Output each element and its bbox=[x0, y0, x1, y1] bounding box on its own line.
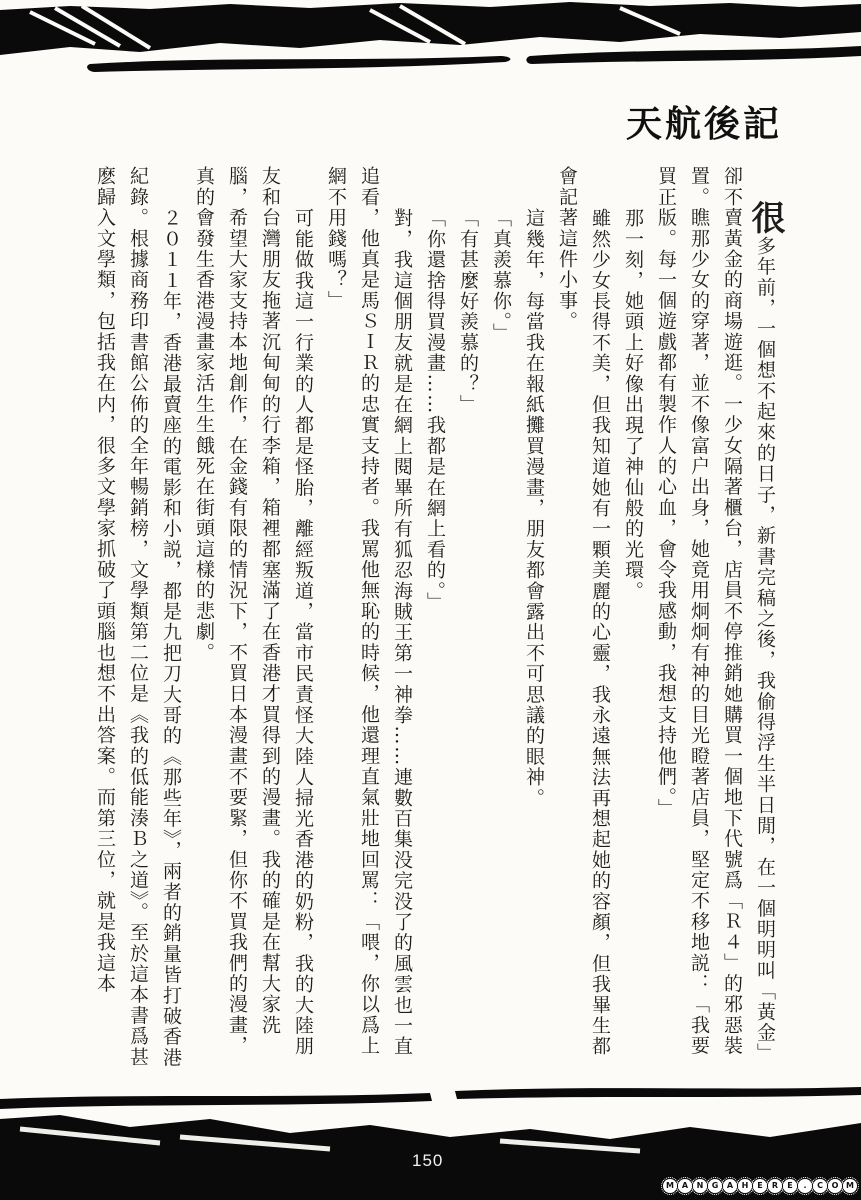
paragraph-dropcap: 很 bbox=[745, 200, 785, 236]
paragraph: 對，我這個朋友就是在網上閱畢所有狐忍海賊王第一神拳……連數百集没完没了的風雲也一… bbox=[319, 166, 418, 1068]
watermark-letter-badge: M bbox=[843, 1179, 857, 1193]
paragraph: 很多年前，一個想不起來的日子，新書完稿之後，我偷得浮生半日閒，在一個明明叫「黃金… bbox=[649, 166, 781, 1068]
paragraph: 「真羨慕你。」 bbox=[484, 166, 517, 1068]
paragraph: 可能做我這一行業的人都是怪胎，離經叛道，當市民責怪大陸人掃光香港的奶粉，我的大陸… bbox=[187, 166, 319, 1068]
watermark-letter-badge: A bbox=[723, 1179, 737, 1193]
watermark-letter-badge: N bbox=[693, 1179, 707, 1193]
scanned-afterword-page: 天航後記 很多年前，一個想不起來的日子，新書完稿之後，我偷得浮生半日閒，在一個明… bbox=[0, 0, 861, 1200]
watermark-letter-badge: G bbox=[708, 1179, 722, 1193]
paragraph: 「有甚麼好羨慕的？」 bbox=[451, 166, 484, 1068]
paragraph: ２０１１年，香港最賣座的電影和小説，都是九把刀大哥的《那些年》，兩者的銷量皆打破… bbox=[88, 166, 187, 1068]
paragraph: 這幾年，每當我在報紙攤買漫畫，朋友都會露出不可思議的眼神。 bbox=[517, 166, 550, 1068]
watermark-letter-badge: O bbox=[828, 1179, 842, 1193]
paragraph: 雖然少女長得不美，但我知道她有一顆美麗的心靈，我永遠無法再想起她的容顏，但我畢生… bbox=[550, 166, 616, 1068]
watermark-letter-badge: A bbox=[678, 1179, 692, 1193]
watermark-letter-badge: R bbox=[768, 1179, 782, 1193]
paragraph: 「你還捨得買漫畫……我都是在網上看的。」 bbox=[418, 166, 451, 1068]
watermark-letter-badge: C bbox=[813, 1179, 827, 1193]
watermark-letter-badge: E bbox=[783, 1179, 797, 1193]
brush-stroke-top-border bbox=[0, 0, 861, 100]
afterword-text: 很多年前，一個想不起來的日子，新書完稿之後，我偷得浮生半日閒，在一個明明叫「黃金… bbox=[88, 166, 781, 1068]
watermark-letter-badge: M bbox=[663, 1179, 677, 1193]
paragraph: 那一刻，她頭上好像出現了神仙般的光環。 bbox=[616, 166, 649, 1068]
mangahere-watermark: MANGAHERE.COM bbox=[663, 1179, 857, 1193]
watermark-letter-badge: H bbox=[738, 1179, 752, 1193]
watermark-letter-badge: . bbox=[798, 1179, 812, 1193]
page-title: 天航後記 bbox=[626, 96, 782, 147]
page-number: 150 bbox=[412, 1151, 443, 1171]
watermark-letter-badge: E bbox=[753, 1179, 767, 1193]
